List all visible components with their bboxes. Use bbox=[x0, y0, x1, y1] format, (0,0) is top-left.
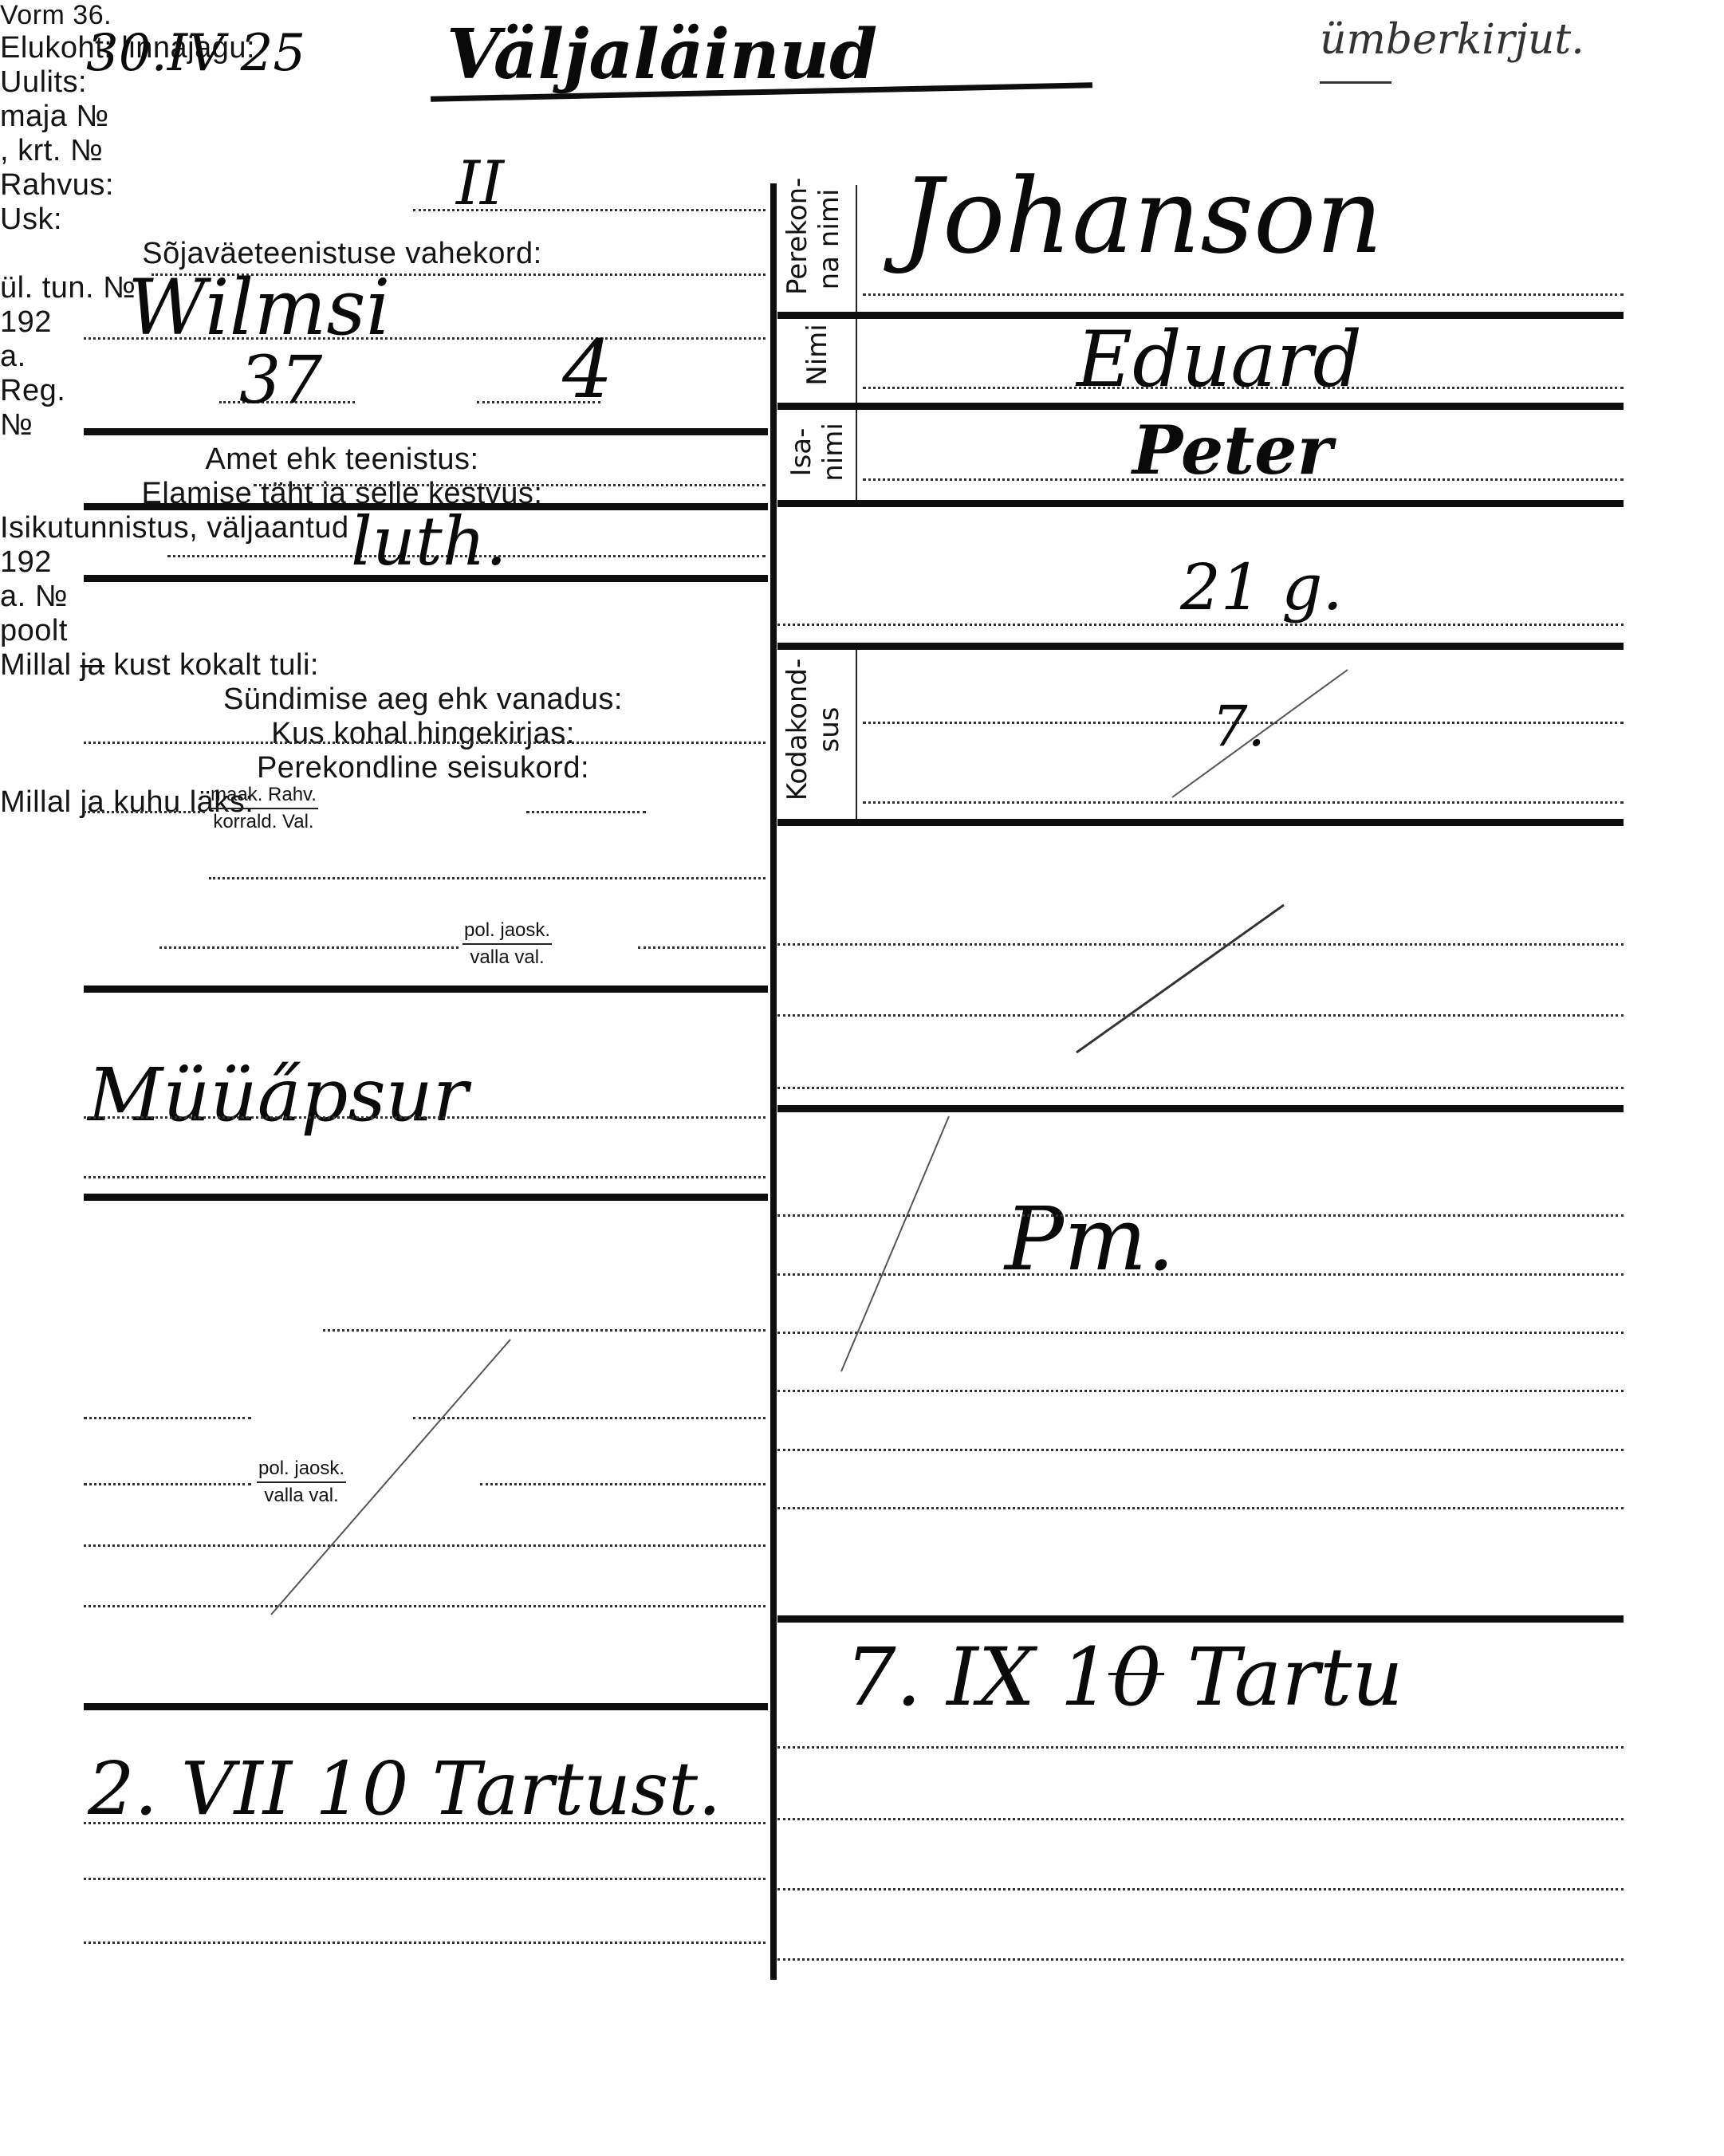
registry-line-3 bbox=[777, 1087, 1624, 1089]
arrival-value: 2. VII 10 Tartust. bbox=[88, 1746, 721, 1831]
marital-line-6 bbox=[777, 1507, 1624, 1509]
divider-registry bbox=[777, 1105, 1624, 1112]
registry-line-2 bbox=[777, 1014, 1624, 1017]
surname-label: Perekon- na nimi bbox=[781, 183, 845, 295]
divider-father-name bbox=[777, 500, 1624, 507]
arrival-line-2 bbox=[84, 1878, 766, 1880]
arrival-line-1 bbox=[84, 1822, 766, 1824]
birth-value: 21 g. bbox=[1180, 550, 1343, 624]
marital-line-1 bbox=[777, 1214, 1624, 1217]
divider-permit bbox=[84, 1703, 768, 1710]
permit-cancel-stroke bbox=[0, 0, 1724, 2156]
divider-birth bbox=[777, 643, 1624, 650]
citizenship-value: 7. bbox=[1212, 694, 1265, 759]
surname-value: Johanson bbox=[901, 155, 1383, 277]
divider-citizenship bbox=[777, 819, 1624, 826]
marital-line-3 bbox=[777, 1332, 1624, 1334]
citizenship-label: Kodakond- sus bbox=[781, 654, 845, 805]
marital-line-4 bbox=[777, 1390, 1624, 1392]
surname-line bbox=[863, 293, 1624, 296]
departure-line-2 bbox=[777, 1818, 1624, 1820]
birth-line bbox=[777, 624, 1624, 626]
marital-line-5 bbox=[777, 1449, 1624, 1451]
label-column-divider-citizenship bbox=[856, 650, 857, 819]
father-name-line bbox=[863, 478, 1624, 481]
father-name-label: Isa- nimi bbox=[785, 408, 849, 496]
registry-line-1 bbox=[777, 943, 1624, 946]
departure-line-3 bbox=[777, 1888, 1624, 1890]
arrival-line-3 bbox=[84, 1942, 766, 1944]
first-name-value: Eduard bbox=[1077, 315, 1362, 404]
departure-value: 7. IX 10 Tartu bbox=[845, 1631, 1403, 1724]
departure-line-1 bbox=[777, 1746, 1624, 1749]
first-name-label: Nimi bbox=[801, 315, 833, 395]
divider-first-name bbox=[777, 403, 1624, 410]
departure-line-4 bbox=[777, 1958, 1624, 1961]
citizenship-line-1 bbox=[863, 722, 1624, 724]
citizenship-line-2 bbox=[863, 801, 1624, 804]
first-name-line bbox=[863, 387, 1624, 389]
label-column-divider-names bbox=[856, 185, 857, 500]
marital-line-2 bbox=[777, 1273, 1624, 1276]
divider-marital bbox=[777, 1615, 1624, 1623]
departure-strike bbox=[1108, 1673, 1164, 1675]
